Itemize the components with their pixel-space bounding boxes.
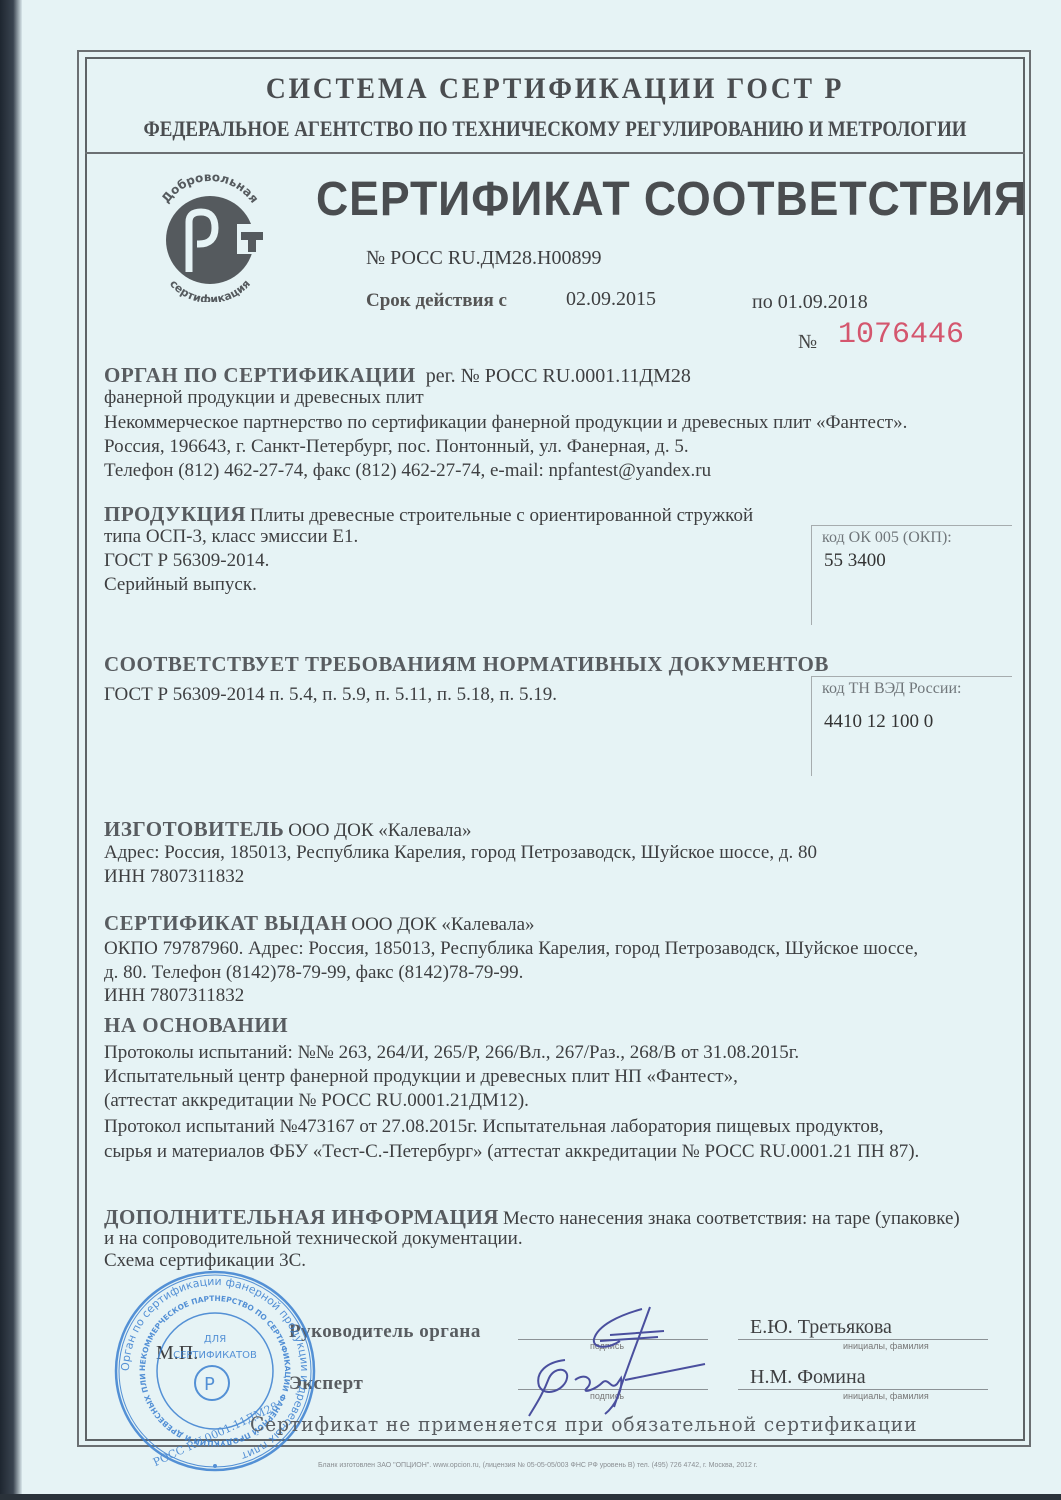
- certification-body-reg: рег. № РОСС RU.0001.11ДМ28: [426, 365, 691, 387]
- expert-name: Н.М. Фомина: [750, 1366, 866, 1389]
- product-line: Серийный выпуск.: [104, 574, 257, 596]
- issued-to-name: ООО ДОК «Калевала»: [351, 914, 534, 935]
- compliance-label: СООТВЕТСТВУЕТ ТРЕБОВАНИЯМ НОРМАТИВНЫХ ДО…: [104, 652, 829, 677]
- issued-to-header: СЕРТИФИКАТ ВЫДАН ООО ДОК «Калевала»: [104, 911, 535, 936]
- cb-line: Телефон (812) 462-27-74, факс (812) 462-…: [104, 460, 711, 482]
- okp-code-box: код ОК 005 (ОКП): 55 3400: [811, 525, 1012, 625]
- valid-from-date: 02.09.2015: [566, 288, 656, 311]
- official-stamp-icon: Орган по сертификации фанерной продукции…: [112, 1268, 318, 1474]
- manufacturer-label: ИЗГОТОВИТЕЛЬ: [104, 817, 284, 841]
- head-name: Е.Ю. Третьякова: [750, 1316, 892, 1339]
- head-name-line: [738, 1339, 988, 1340]
- additional-line: и на сопроводительной технической докуме…: [104, 1228, 523, 1250]
- compliance-text: ГОСТ Р 56309-2014 п. 5.4, п. 5.9, п. 5.1…: [104, 684, 557, 706]
- cb-line: фанерной продукции и древесных плит: [104, 387, 424, 409]
- manufacturer-line: ИНН 7807311832: [104, 866, 244, 888]
- certificate-number: № РОСС RU.ДМ28.Н00899: [366, 247, 601, 270]
- okp-code-value: 55 3400: [824, 550, 886, 572]
- basis-line: Протокол испытаний №473167 от 27.08.2015…: [104, 1116, 884, 1138]
- issued-to-line: ИНН 7807311832: [104, 985, 244, 1007]
- certification-body-label: ОРГАН ПО СЕРТИФИКАЦИИ: [104, 363, 416, 387]
- pct-logo-icon: Добровольная сертификация: [145, 172, 275, 302]
- expert-name-caption: инициалы, фамилия: [843, 1391, 929, 1401]
- manufacturer-line: Адрес: Россия, 185013, Республика Карели…: [104, 842, 817, 864]
- product-line: типа ОСП-3, класс эмиссии Е1.: [104, 526, 358, 548]
- print-imprint: Бланк изготовлен ЗАО "ОПЦИОН". www.opcio…: [318, 1462, 758, 1469]
- basis-line: Протоколы испытаний: №№ 263, 264/И, 265/…: [104, 1042, 799, 1064]
- basis-line: (аттестат аккредитации № РОСС RU.0001.21…: [104, 1090, 529, 1112]
- product-line: ГОСТ Р 56309-2014.: [104, 550, 269, 572]
- scan-edge-bottom: [0, 1494, 1061, 1500]
- basis-label: НА ОСНОВАНИИ: [104, 1013, 288, 1038]
- additional-label: ДОПОЛНИТЕЛЬНАЯ ИНФОРМАЦИЯ: [104, 1205, 499, 1229]
- cb-line: Россия, 196643, г. Санкт-Петербург, пос.…: [104, 436, 689, 458]
- scan-edge-left: [0, 0, 22, 1500]
- expert-signature-icon: [525, 1350, 710, 1420]
- issued-to-line: д. 80. Телефон (8142)78-79-99, факс (814…: [104, 962, 523, 984]
- certification-body-header: ОРГАН ПО СЕРТИФИКАЦИИ рег. № РОСС RU.000…: [104, 363, 691, 388]
- tnved-code-box: код ТН ВЭД России: 4410 12 100 0: [811, 676, 1012, 776]
- issued-to-label: СЕРТИФИКАТ ВЫДАН: [104, 911, 347, 935]
- manufacturer-name: ООО ДОК «Калевала»: [288, 820, 471, 841]
- basis-line: сырья и материалов ФБУ «Тест-С.-Петербур…: [104, 1141, 919, 1163]
- expert-name-line: [738, 1389, 988, 1390]
- okp-code-label: код ОК 005 (ОКП):: [822, 529, 952, 547]
- tnved-code-label: код ТН ВЭД России:: [822, 680, 961, 698]
- basis-line: Испытательный центр фанерной продукции и…: [104, 1066, 738, 1088]
- validity-label: Срок действия с: [366, 290, 507, 312]
- svg-text:P: P: [204, 1374, 215, 1395]
- svg-text:ДЛЯ: ДЛЯ: [204, 1334, 226, 1345]
- cb-line: Некоммерческое партнерство по сертификац…: [104, 412, 907, 434]
- product-name: Плиты древесные строительные с ориентиро…: [250, 505, 753, 526]
- head-name-caption: инициалы, фамилия: [843, 1341, 929, 1351]
- issued-to-line: ОКПО 79787960. Адрес: Россия, 185013, Ре…: [104, 938, 918, 960]
- blank-number-sign: №: [798, 331, 817, 354]
- product-header: ПРОДУКЦИЯ Плиты древесные строительные с…: [104, 502, 753, 527]
- additional-first-line: Место нанесения знака соответствия: на т…: [503, 1208, 960, 1229]
- agency-name: ФЕДЕРАЛЬНОЕ АГЕНТСТВО ПО ТЕХНИЧЕСКОМУ РЕ…: [78, 116, 1033, 142]
- document-title: СЕРТИФИКАТ СООТВЕТСТВИЯ: [316, 172, 1027, 227]
- tnved-code-value: 4410 12 100 0: [824, 711, 933, 733]
- svg-text:СЕРТИФИКАТОВ: СЕРТИФИКАТОВ: [173, 1350, 257, 1361]
- disclaimer-text: Сертификат не применяется при обязательн…: [250, 1412, 917, 1436]
- valid-to-date: по 01.09.2018: [752, 291, 868, 314]
- blank-serial-number: 1076446: [838, 318, 964, 352]
- system-title: СИСТЕМА СЕРТИФИКАЦИИ ГОСТ Р: [44, 72, 1061, 106]
- additional-header: ДОПОЛНИТЕЛЬНАЯ ИНФОРМАЦИЯ Место нанесени…: [104, 1205, 960, 1230]
- product-label: ПРОДУКЦИЯ: [104, 502, 246, 526]
- header-divider: [85, 152, 1025, 154]
- manufacturer-header: ИЗГОТОВИТЕЛЬ ООО ДОК «Калевала»: [104, 817, 471, 842]
